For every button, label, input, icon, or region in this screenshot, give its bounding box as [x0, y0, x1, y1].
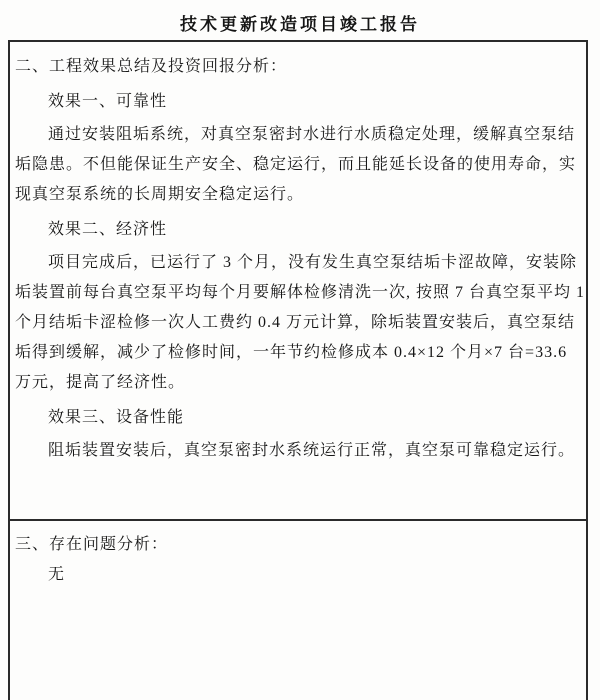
section-effects-cell: 二、工程效果总结及投资回报分析： 效果一、可靠性通过安装阻垢系统，对真空泵密封水… [10, 42, 586, 519]
text-line: 垢隐患。不但能保证生产安全、稳定运行，而且能延长设备的使用寿命，实 [15, 150, 581, 180]
section-effects-body: 效果一、可靠性通过安装阻垢系统，对真空泵密封水进行水质稳定处理，缓解真空泵结垢隐… [15, 87, 581, 466]
report-table: 二、工程效果总结及投资回报分析： 效果一、可靠性通过安装阻垢系统，对真空泵密封水… [8, 40, 588, 700]
section-problems-cell: 三、存在问题分析： 无 [10, 519, 586, 590]
text-line: 项目完成后，已运行了 3 个月，没有发生真空泵结垢卡涩故障，安装除 [15, 248, 581, 278]
text-line: 垢得到缓解，减少了检修时间，一年节约检修成本 0.4×12 个月×7 台=33.… [15, 338, 581, 368]
text-line: 垢装置前每台真空泵平均每个月要解体检修清洗一次, 按照 7 台真空泵平均 1 [15, 278, 581, 308]
text-line: 个月结垢卡涩检修一次人工费约 0.4 万元计算，除垢装置安装后，真空泵结 [15, 308, 581, 338]
section-effects-heading: 二、工程效果总结及投资回报分析： [15, 52, 581, 82]
effect-subheading: 效果三、设备性能 [15, 403, 581, 433]
section-problems-content: 无 [15, 560, 581, 590]
effect-subheading: 效果一、可靠性 [15, 87, 581, 117]
text-line: 通过安装阻垢系统，对真空泵密封水进行水质稳定处理，缓解真空泵结 [15, 120, 581, 150]
text-line: 万元，提高了经济性。 [15, 368, 581, 398]
effect-subheading: 效果二、经济性 [15, 215, 581, 245]
text-line: 阻垢装置安装后，真空泵密封水系统运行正常，真空泵可靠稳定运行。 [15, 436, 581, 466]
section-problems-heading: 三、存在问题分析： [15, 530, 581, 560]
page-title: 技术更新改造项目竣工报告 [0, 10, 600, 35]
text-line: 现真空泵系统的长周期安全稳定运行。 [15, 180, 581, 210]
